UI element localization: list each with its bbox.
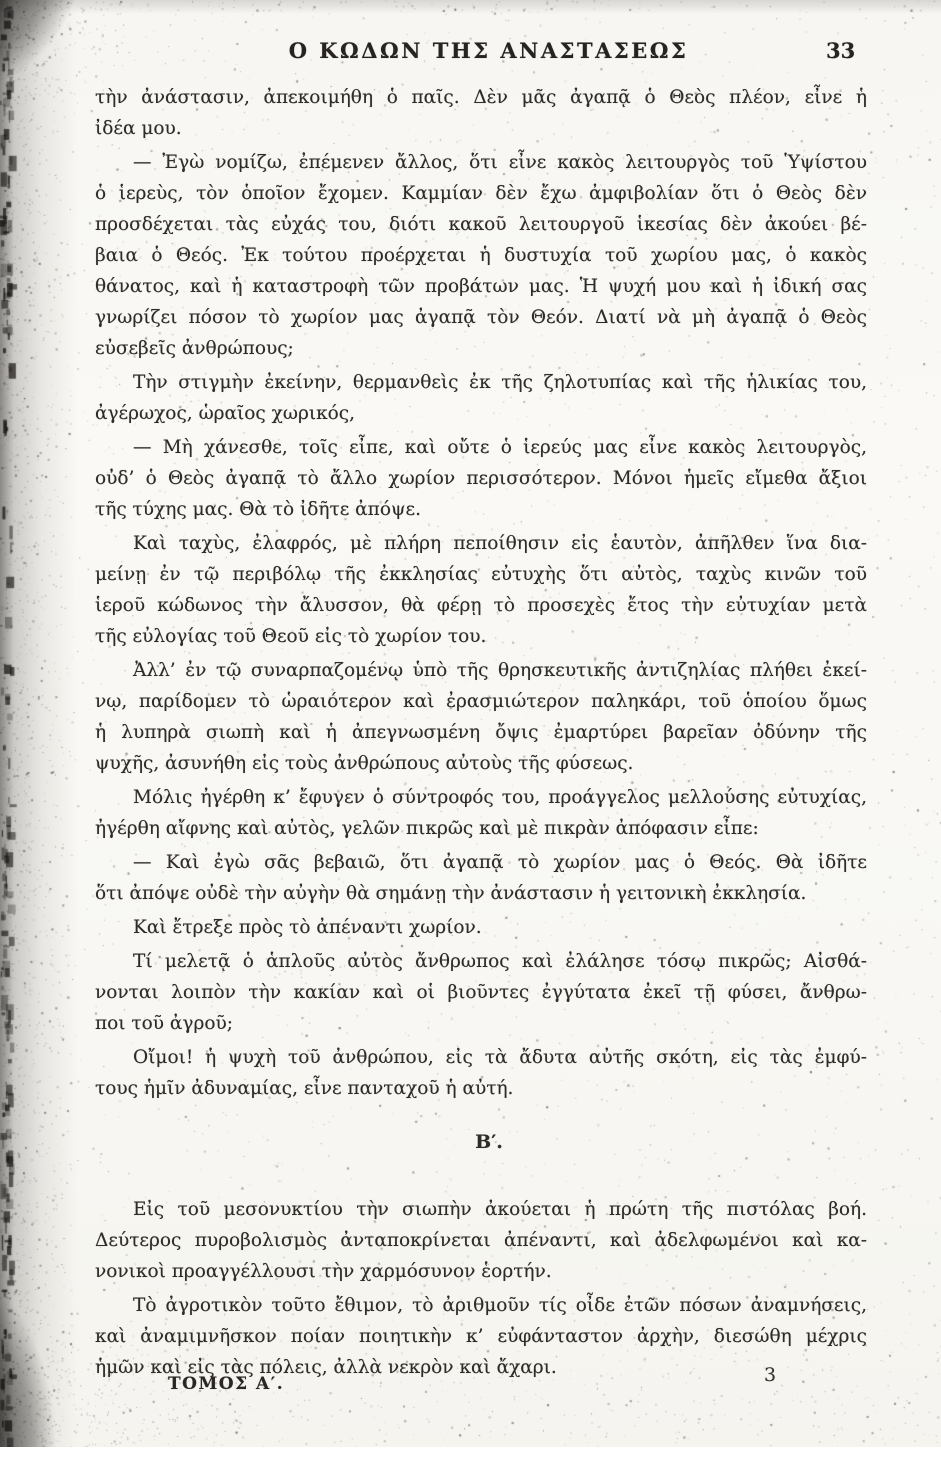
text-line: ἀγέρωχος, ὡραῖος χωρικός, — [95, 398, 867, 429]
paragraph: Τὴν στιγμὴν ἐκείνην, θερμανθεὶς ἐκ τῆς ζ… — [95, 367, 867, 429]
paragraph: — Ἐγὼ νομίζω, ἐπέμενεν ἄλλος, ὅτι εἶνε κ… — [95, 147, 867, 364]
text-line: ποι τοῦ ἀγροῦ; — [95, 1008, 867, 1039]
section-heading: Β′. — [103, 1130, 875, 1154]
body-section-b: Εἰς τοῦ μεσονυκτίου τὴν σιωπὴν ἀκούεται … — [95, 1194, 867, 1383]
text-line: οὐδ’ ὁ Θεὸς ἀγαπᾷ τὸ ἄλλο χωρίον περισσό… — [95, 463, 867, 494]
text-line: τὴν ἀνάστασιν, ἀπεκοιμήθη ὁ παῖς. Δὲν μᾶ… — [95, 82, 867, 113]
text-line: ἱεροῦ κώδωνος τὴν ἄλυσσον, θὰ φέρῃ τὸ πρ… — [95, 590, 867, 621]
text-line: ἡ λυπηρὰ σιωπὴ καὶ ἡ ἀπεγνωσμένη ὄψις ἐμ… — [95, 717, 867, 748]
text-line: θάνατος, καὶ ἡ καταστροφὴ τῶν προβάτων μ… — [95, 271, 867, 302]
paragraph: Καὶ ἔτρεξε πρὸς τὸ ἀπέναντι χωρίον. — [95, 912, 867, 943]
footer-signature-number: 3 — [764, 1364, 776, 1386]
text-line: νονται λοιπὸν τὴν κακίαν καὶ οἱ βιοῦντες… — [95, 977, 867, 1008]
paragraph: Ἀλλ’ ἐν τῷ συναρπαζομένῳ ὑπὸ τῆς θρησκευ… — [95, 655, 867, 779]
text-line: — Μὴ χάνεσθε, τοῖς εἶπε, καὶ οὔτε ὁ ἱερε… — [95, 432, 867, 463]
text-line: — Καὶ ἐγὼ σᾶς βεβαιῶ, ὅτι ἀγαπᾷ τὸ χωρίο… — [95, 847, 867, 878]
text-line: νῳ, παρίδομεν τὸ ὡραιότερον καὶ ἐρασμιώτ… — [95, 686, 867, 717]
page-number: 33 — [826, 38, 855, 63]
page-content: Ο ΚΩΔΩΝ ΤΗΣ ΑΝΑΣΤΑΣΕΩΣ 33 τὴν ἀνάστασιν,… — [0, 0, 941, 1470]
text-line: Δεύτερος πυροβολισμὸς ἀνταποκρίνεται ἀπέ… — [95, 1225, 867, 1256]
text-line: Τὴν στιγμὴν ἐκείνην, θερμανθεὶς ἐκ τῆς ζ… — [95, 367, 867, 398]
text-line: μείνῃ ἐν τῷ περιβόλῳ τῆς ἐκκλησίας εὐτυχ… — [95, 559, 867, 590]
text-line: Καὶ ἔτρεξε πρὸς τὸ ἀπέναντι χωρίον. — [95, 912, 867, 943]
scan-bottom-margin — [0, 1447, 941, 1470]
text-line: καὶ ἀναμιμνῆσκον ποίαν ποιητικὴν κ’ εὐφά… — [95, 1321, 867, 1352]
text-line: ἰδέα μου. — [95, 113, 867, 144]
paragraph: Καὶ ταχὺς, ἐλαφρός, μὲ πλήρη πεποίθησιν … — [95, 528, 867, 652]
text-line: προσδέχεται τὰς εὐχάς του, διότι κακοῦ λ… — [95, 209, 867, 240]
text-line: Μόλις ἠγέρθη κ’ ἔφυγεν ὁ σύντροφός του, … — [95, 782, 867, 813]
text-line: Τί μελετᾷ ὁ ἁπλοῦς αὐτὸς ἄνθρωπος καὶ ἐλ… — [95, 946, 867, 977]
text-line: ὁ ἱερεὺς, τὸν ὁποῖον ἔχομεν. Καμμίαν δὲν… — [95, 178, 867, 209]
text-line: εὐσεβεῖς ἀνθρώπους; — [95, 333, 867, 364]
scanned-book-page: Ο ΚΩΔΩΝ ΤΗΣ ΑΝΑΣΤΑΣΕΩΣ 33 τὴν ἀνάστασιν,… — [0, 0, 941, 1470]
text-line: Καὶ ταχὺς, ἐλαφρός, μὲ πλήρη πεποίθησιν … — [95, 528, 867, 559]
text-line: Οἴμοι! ἡ ψυχὴ τοῦ ἀνθρώπου, εἰς τὰ ἄδυτα… — [95, 1042, 867, 1073]
body-section-a: τὴν ἀνάστασιν, ἀπεκοιμήθη ὁ παῖς. Δὲν μᾶ… — [95, 82, 867, 1104]
text-line: — Ἐγὼ νομίζω, ἐπέμενεν ἄλλος, ὅτι εἶνε κ… — [95, 147, 867, 178]
paragraph: Τί μελετᾷ ὁ ἁπλοῦς αὐτὸς ἄνθρωπος καὶ ἐλ… — [95, 946, 867, 1039]
paragraph: Τὸ ἀγροτικὸν τοῦτο ἔθιμον, τὸ ἀριθμοῦν τ… — [95, 1290, 867, 1383]
text-line: βαια ὁ Θεός. Ἐκ τούτου προέρχεται ἡ δυστ… — [95, 240, 867, 271]
paragraph: — Καὶ ἐγὼ σᾶς βεβαιῶ, ὅτι ἀγαπᾷ τὸ χωρίο… — [95, 847, 867, 909]
text-line: νονικοὶ προαγγέλλουσι τὴν χαρμόσυνον ἑορ… — [95, 1256, 867, 1287]
paragraph: Οἴμοι! ἡ ψυχὴ τοῦ ἀνθρώπου, εἰς τὰ ἄδυτα… — [95, 1042, 867, 1104]
text-line: τους ἡμῖν ἀδυναμίας, εἶνε πανταχοῦ ἡ αὐτ… — [95, 1073, 867, 1104]
text-line: τῆς εὐλογίας τοῦ Θεοῦ εἰς τὸ χωρίον του. — [95, 621, 867, 652]
text-line: Εἰς τοῦ μεσονυκτίου τὴν σιωπὴν ἀκούεται … — [95, 1194, 867, 1225]
paragraph: Μόλις ἠγέρθη κ’ ἔφυγεν ὁ σύντροφός του, … — [95, 782, 867, 844]
text-line: Τὸ ἀγροτικὸν τοῦτο ἔθιμον, τὸ ἀριθμοῦν τ… — [95, 1290, 867, 1321]
footer-volume-label: ΤΟΜΟΣ Α′. — [168, 1374, 284, 1394]
text-line: ψυχῆς, ἀσυνήθη εἰς τοὺς ἀνθρώπους αὐτοὺς… — [95, 748, 867, 779]
running-head-title: Ο ΚΩΔΩΝ ΤΗΣ ΑΝΑΣΤΑΣΕΩΣ — [18, 38, 941, 63]
paragraph: τὴν ἀνάστασιν, ἀπεκοιμήθη ὁ παῖς. Δὲν μᾶ… — [95, 82, 867, 144]
text-line: ὅτι ἀπόψε οὐδὲ τὴν αὐγὴν θὰ σημάνῃ τὴν ἀ… — [95, 878, 867, 909]
text-line: ἠγέρθη αἴφνης καὶ αὐτὸς, γελῶν πικρῶς κα… — [95, 813, 867, 844]
paragraph: Εἰς τοῦ μεσονυκτίου τὴν σιωπὴν ἀκούεται … — [95, 1194, 867, 1287]
paragraph: — Μὴ χάνεσθε, τοῖς εἶπε, καὶ οὔτε ὁ ἱερε… — [95, 432, 867, 525]
text-line: Ἀλλ’ ἐν τῷ συναρπαζομένῳ ὑπὸ τῆς θρησκευ… — [95, 655, 867, 686]
text-line: γνωρίζει πόσον τὸ χωρίον μας ἀγαπᾷ τὸν Θ… — [95, 302, 867, 333]
text-line: τῆς τύχης μας. Θὰ τὸ ἰδῆτε ἀπόψε. — [95, 494, 867, 525]
body-text: τὴν ἀνάστασιν, ἀπεκοιμήθη ὁ παῖς. Δὲν μᾶ… — [95, 82, 867, 1383]
